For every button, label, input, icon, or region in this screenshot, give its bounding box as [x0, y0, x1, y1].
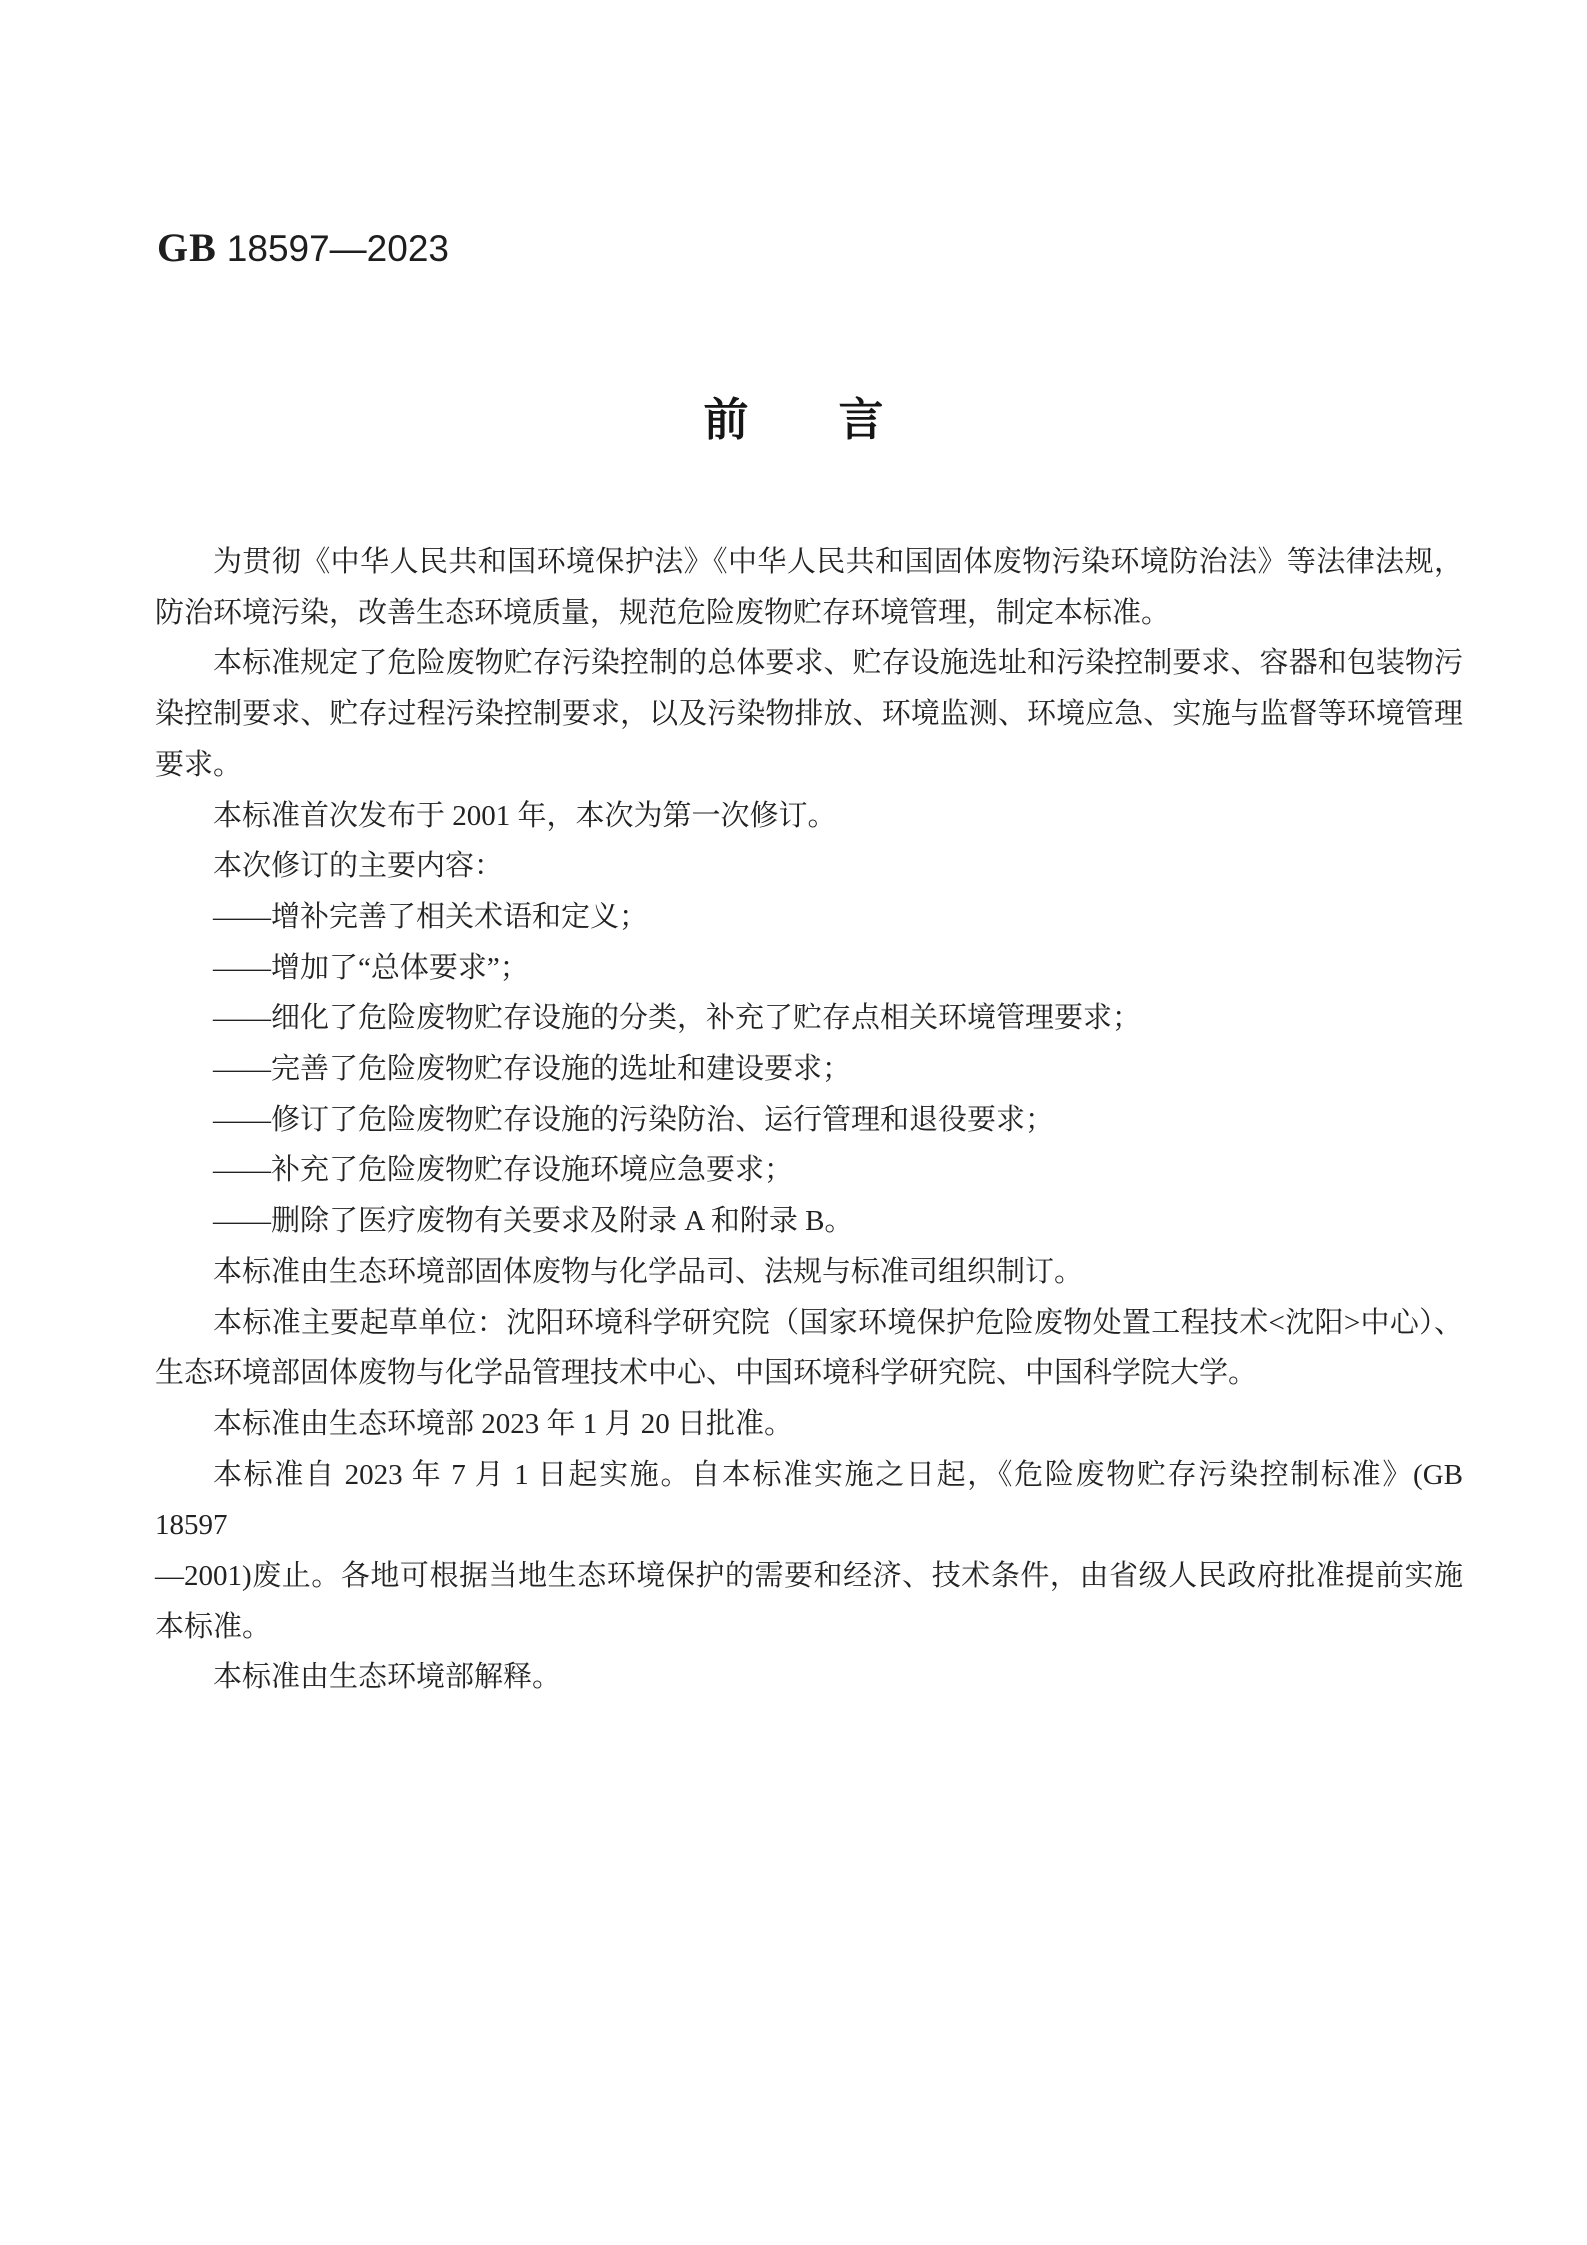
text-line: 本标准由生态环境部解释。 [155, 1652, 1463, 1703]
standard-code-prefix: GB [157, 225, 217, 270]
text-line: ——删除了医疗废物有关要求及附录 A 和附录 B。 [155, 1196, 1463, 1247]
text-line: 为贯彻《中华人民共和国环境保护法》《中华人民共和国固体废物污染环境防治法》等法律… [155, 537, 1463, 588]
text-line: 本标准由生态环境部 2023 年 1 月 20 日批准。 [155, 1399, 1463, 1450]
document-page: GB18597—2023 前 言 为贯彻《中华人民共和国环境保护法》《中华人民共… [0, 0, 1587, 2245]
text-line: ——增补完善了相关术语和定义； [155, 892, 1463, 943]
text-line: ——修订了危险废物贮存设施的污染防治、运行管理和退役要求； [155, 1095, 1463, 1146]
text-line: 本标准自 2023 年 7 月 1 日起实施。自本标准实施之日起，《危险废物贮存… [155, 1450, 1463, 1551]
text-line: 防治环境污染，改善生态环境质量，规范危险废物贮存环境管理，制定本标准。 [155, 588, 1463, 639]
text-line: 染控制要求、贮存过程污染控制要求，以及污染物排放、环境监测、环境应急、实施与监督… [155, 689, 1463, 740]
text-line: 生态环境部固体废物与化学品管理技术中心、中国环境科学研究院、中国科学院大学。 [155, 1348, 1463, 1399]
foreword-body: 为贯彻《中华人民共和国环境保护法》《中华人民共和国固体废物污染环境防治法》等法律… [155, 537, 1463, 1703]
text-line: 要求。 [155, 740, 1463, 791]
text-line: ——完善了危险废物贮存设施的选址和建设要求； [155, 1044, 1463, 1095]
text-line: 本标准。 [155, 1602, 1463, 1653]
page-title: 前 言 [0, 392, 1587, 448]
text-line: ——细化了危险废物贮存设施的分类，补充了贮存点相关环境管理要求； [155, 993, 1463, 1044]
text-line: 本次修订的主要内容： [155, 841, 1463, 892]
text-line: 本标准首次发布于 2001 年，本次为第一次修订。 [155, 791, 1463, 842]
text-line: ——增加了“总体要求”； [155, 943, 1463, 994]
standard-number: GB18597—2023 [157, 228, 449, 268]
text-line: 本标准由生态环境部固体废物与化学品司、法规与标准司组织制订。 [155, 1247, 1463, 1298]
text-line: —2001)废止。各地可根据当地生态环境保护的需要和经济、技术条件，由省级人民政… [155, 1551, 1463, 1602]
text-line: 本标准规定了危险废物贮存污染控制的总体要求、贮存设施选址和污染控制要求、容器和包… [155, 638, 1463, 689]
text-line: 本标准主要起草单位：沈阳环境科学研究院（国家环境保护危险废物处置工程技术<沈阳>… [155, 1298, 1463, 1349]
standard-code-number: 18597—2023 [227, 228, 449, 269]
text-line: ——补充了危险废物贮存设施环境应急要求； [155, 1145, 1463, 1196]
